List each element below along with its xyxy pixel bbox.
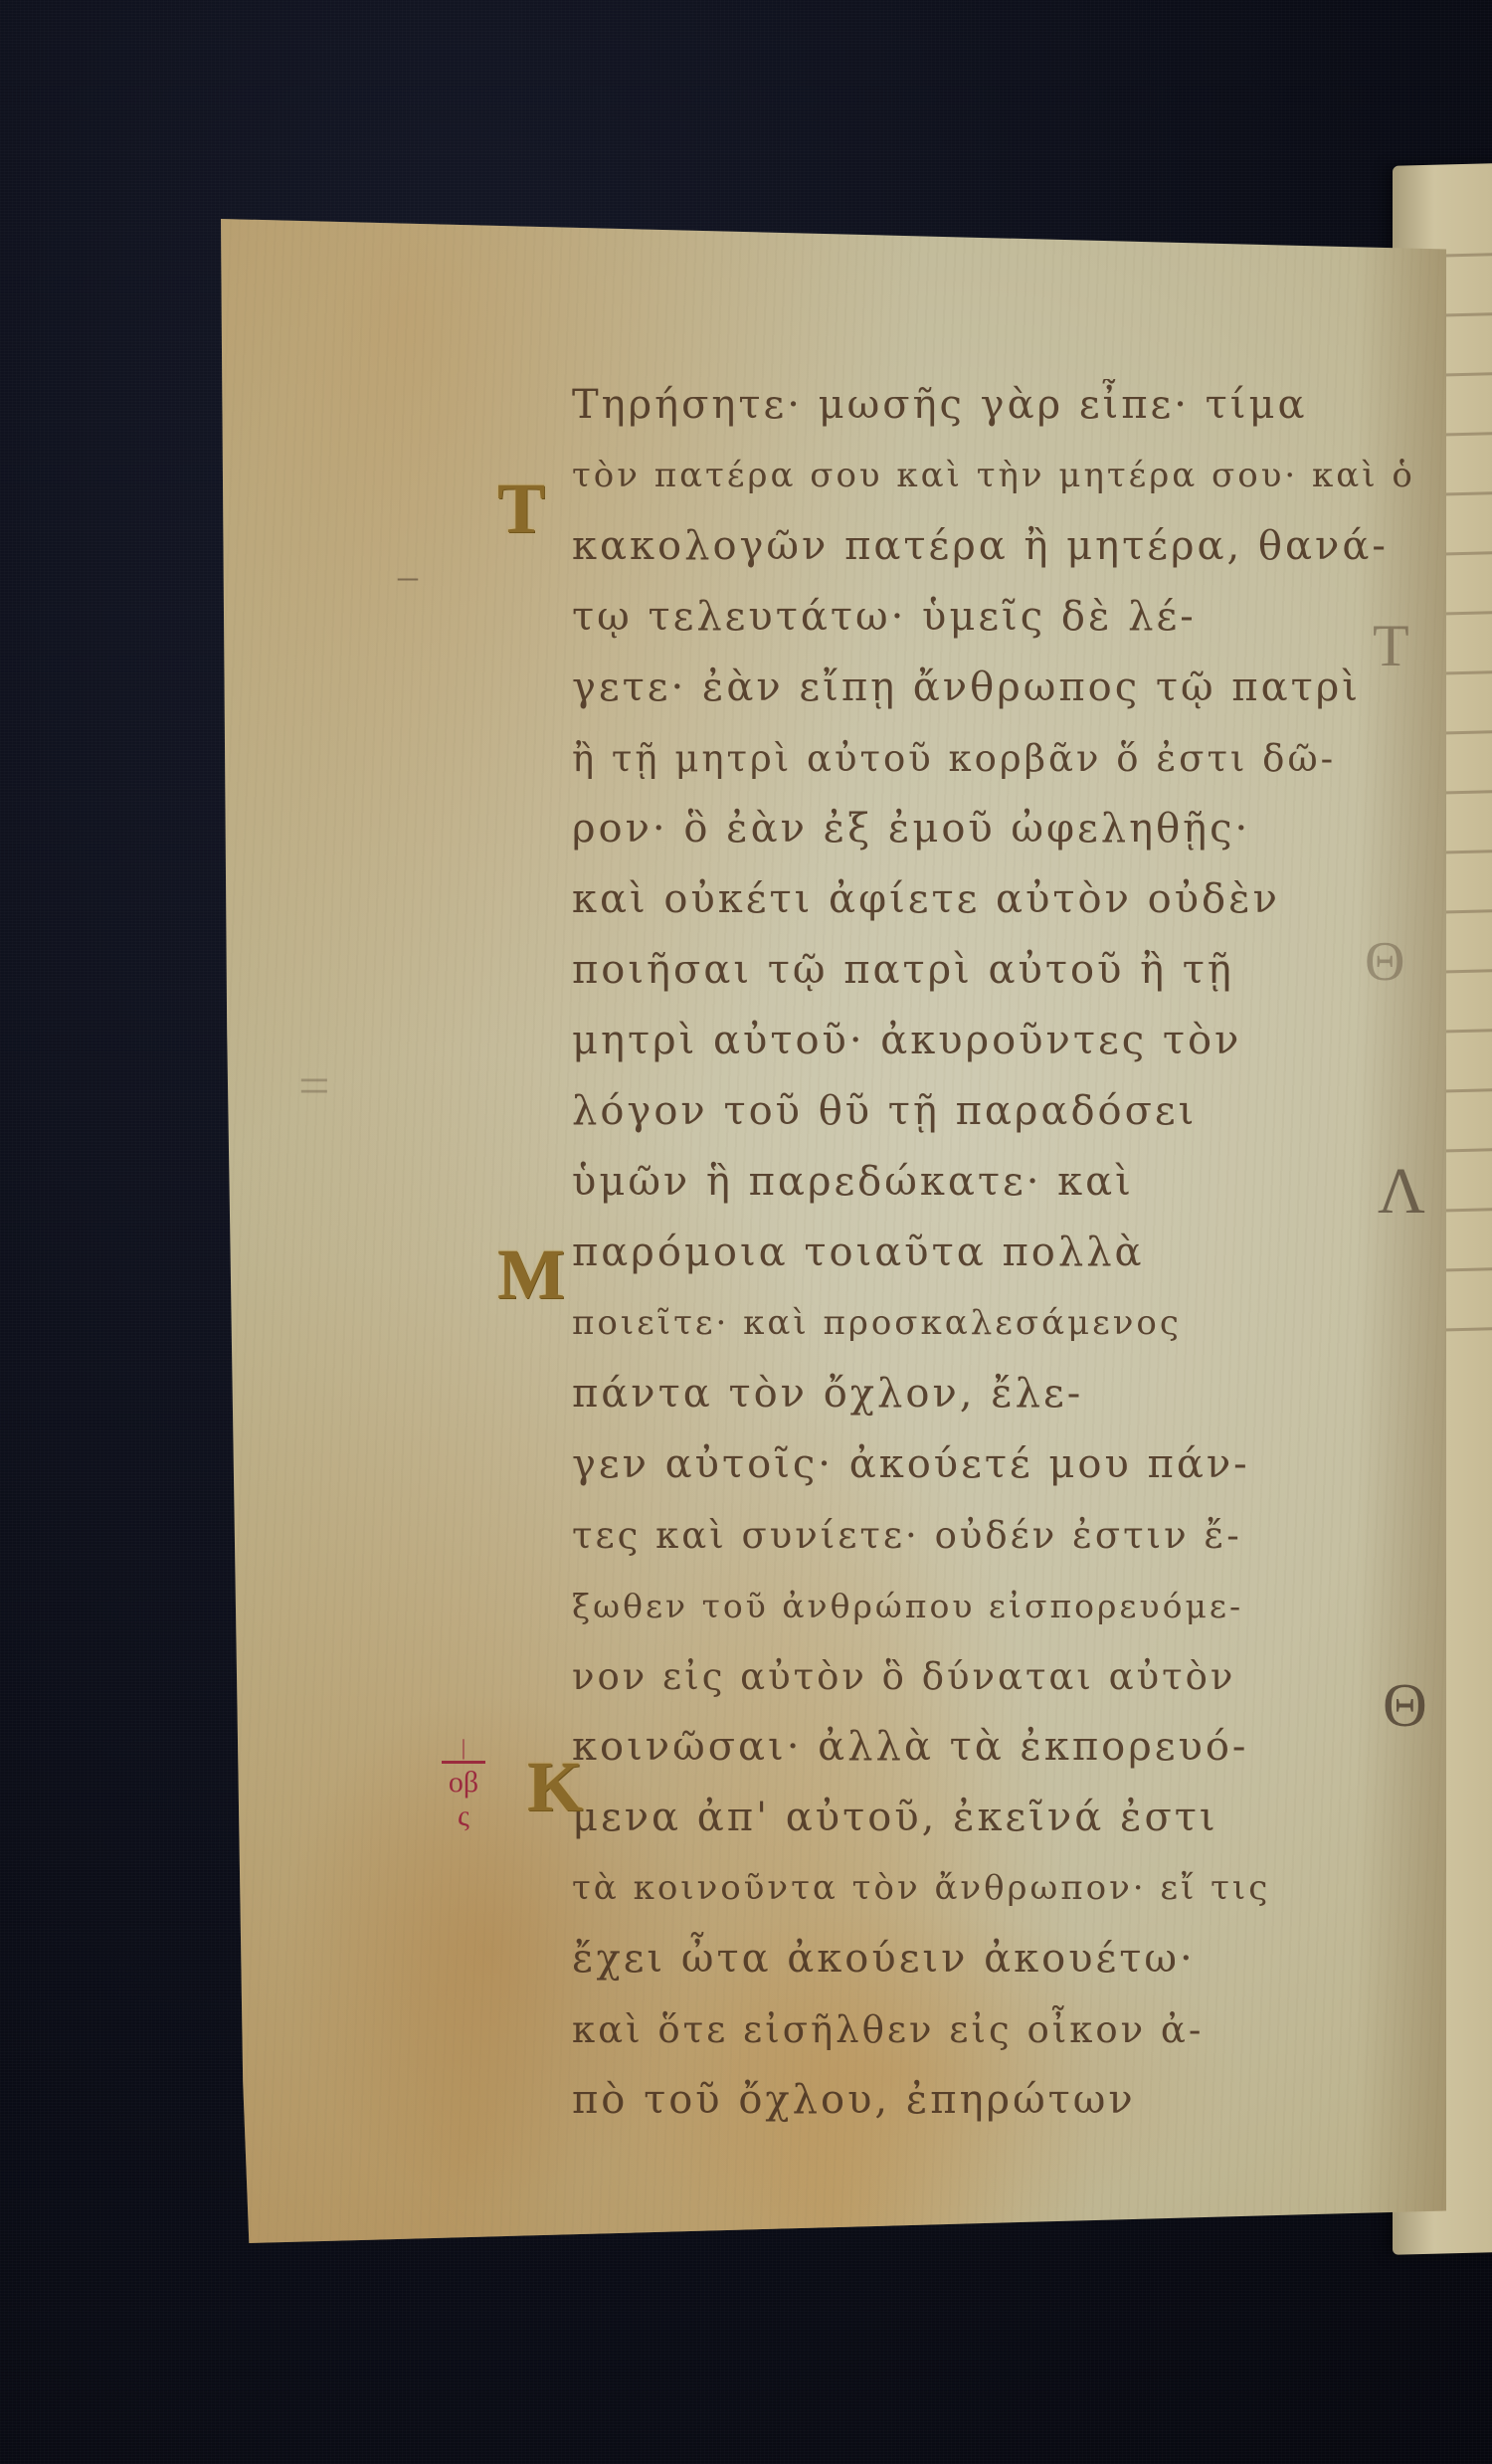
text-line: μητρὶ αὐτοῦ· ἀκυροῦντες τὸν [572,1006,1398,1076]
text-line: τες καὶ συνίετε· οὐδέν ἐστιν ἔ- [572,1500,1398,1571]
text-line: ρον· ὃ ἐὰν ἐξ ἐμοῦ ὠφεληθῇς· [572,794,1398,864]
text-line: κακολογῶν πατέρα ἢ μητέρα, θανά- [572,511,1398,582]
showthrough-letter: Θ [1383,1671,1427,1742]
margin-equals-mark: = [298,1054,330,1118]
text-line: κοινῶσαι· ἀλλὰ τὰ ἐκπορευό- [572,1712,1398,1783]
canon-section-number: οβ [434,1766,493,1800]
text-line: ξωθεν τοῦ ἀνθρώπου εἰσπορευόμε- [572,1571,1398,1641]
text-line: γετε· ἐὰν εἴπῃ ἄνθρωπος τῷ πατρὶ [572,653,1398,723]
text-line: Τηρήσητε· μωσῆς γὰρ εἶπε· τίμα [572,370,1398,441]
initial-mu: Μ [497,1233,565,1316]
text-line: καὶ ὅτε εἰσῆλθεν εἰς οἶκον ἀ- [572,1994,1398,2065]
text-line: παρόμοια τοιαῦτα πολλὰ [572,1218,1398,1288]
canon-tick: | [434,1739,493,1757]
text-line: γεν αὐτοῖς· ἀκούετέ μου πάν- [572,1429,1398,1500]
text-line: τῳ τελευτάτω· ὑμεῖς δὲ λέ- [572,582,1398,653]
text-line: καὶ οὐκέτι ἀφίετε αὐτὸν οὐδὲν [572,864,1398,935]
canon-table-note: | οβ ς [434,1739,493,1833]
canon-bar [442,1761,485,1764]
initial-tau: Τ [497,468,545,550]
text-line: νον εἰς αὐτὸν ὃ δύναται αὐτὸν [572,1641,1398,1712]
manuscript-text-column: Τηρήσητε· μωσῆς γὰρ εἶπε· τίμα τὸν πατέρ… [572,370,1398,2136]
text-line: ποιεῖτε· καὶ προσκαλεσάμενος [572,1288,1398,1359]
initial-kappa: Κ [527,1746,583,1828]
text-line: λόγον τοῦ θῦ τῇ παραδόσει [572,1076,1398,1147]
showthrough-letter: Θ [1365,930,1404,994]
text-line: ἢ τῇ μητρὶ αὐτοῦ κορβᾶν ὅ ἐστι δῶ- [572,723,1398,794]
margin-dash-mark: – [398,552,418,599]
text-line: ποιῆσαι τῷ πατρὶ αὐτοῦ ἢ τῇ [572,935,1398,1006]
showthrough-letter: Λ [1378,1154,1425,1230]
text-line: πάντα τὸν ὄχλον, ἔλε- [572,1359,1398,1429]
text-line: μενα ἀπ' αὐτοῦ, ἐκεῖνά ἐστι [572,1783,1398,1853]
showthrough-letter: Τ [1373,612,1409,680]
text-line: ἔχει ὦτα ἀκούειν ἀκουέτω· [572,1924,1398,1994]
text-line: πὸ τοῦ ὄχλου, ἐπηρώτων [572,2065,1398,2136]
text-line: ὑμῶν ἣ παρεδώκατε· καὶ [572,1147,1398,1218]
text-line: τὰ κοινοῦντα τὸν ἄνθρωπον· εἴ τις [572,1853,1398,1924]
text-line: τὸν πατέρα σου καὶ τὴν μητέρα σου· καὶ ὁ [572,441,1398,511]
canon-table-number: ς [434,1800,493,1833]
